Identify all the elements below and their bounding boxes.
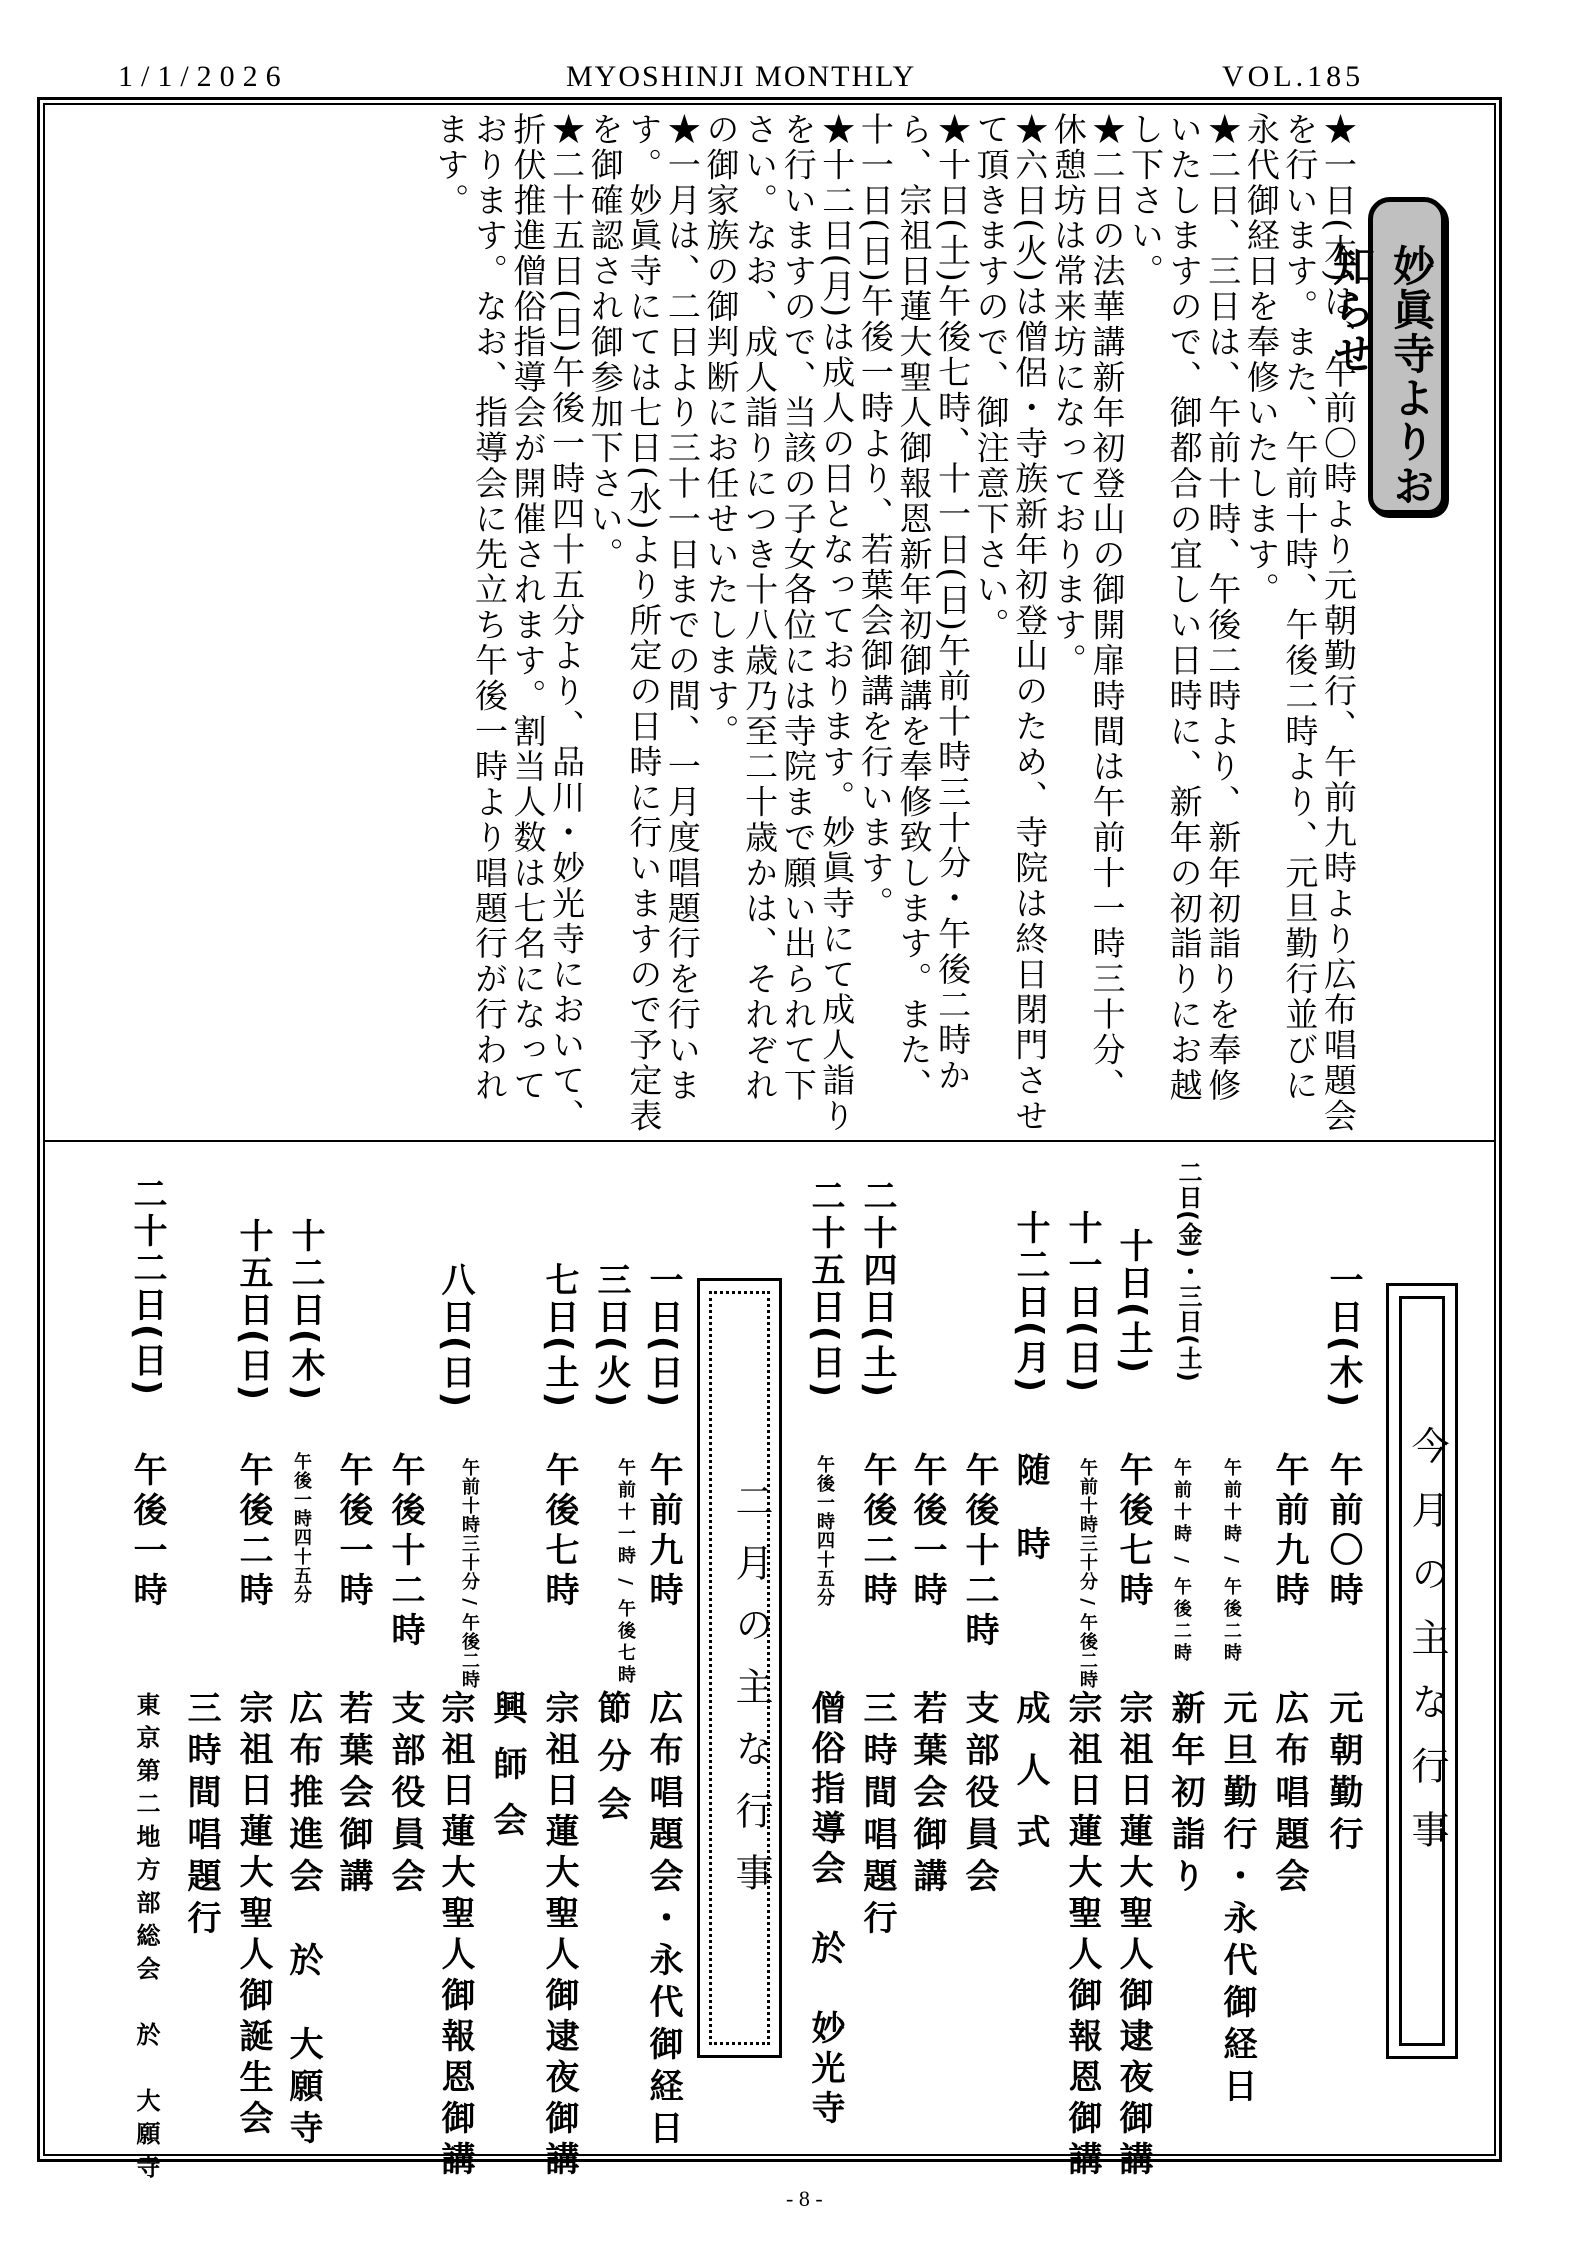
feb-event: 東京第二地方部総会 於 大願寺 <box>134 1692 158 2187</box>
january-schedule-title: 今月の主な行事 <box>1389 1426 1455 1874</box>
jan-time: 午後七時 <box>1116 1452 1150 1612</box>
notice-paragraph: ★二十五日(日)午後一時四十五分より、品川・妙光寺において、折伏推進僧俗指導会が… <box>431 112 585 1137</box>
feb-time-small: 午後一時四十五分 <box>292 1452 310 1604</box>
feb-event: 興師会 <box>490 1690 524 1858</box>
jan-event: 支部役員会 <box>962 1690 996 1900</box>
jan-event: 宗祖日蓮大聖人御逮夜御講 <box>1116 1690 1150 2182</box>
jan-event: 若葉会御講 <box>910 1690 944 1900</box>
feb-time: 午後七時 <box>542 1452 576 1612</box>
feb-time-small: 午前十一時 / 午後七時 <box>590 1458 634 1687</box>
jan-event: 成人式 <box>1013 1690 1047 1876</box>
page-number: - 8 - <box>786 2186 823 2212</box>
jan-time: 午後二時 <box>860 1452 894 1612</box>
jan-time-small: 午前十時三十分 / 午後二時 <box>1052 1458 1096 1689</box>
volume-number: VOL.185 <box>1222 60 1364 94</box>
jan-time: 随時 <box>1013 1452 1047 1600</box>
jan-date: 十一日(日) <box>1065 1210 1099 1395</box>
january-schedule-title-box: 今月の主な行事 <box>1386 1283 1458 2059</box>
jan-event: 新年初詣り <box>1168 1690 1202 1900</box>
notice-paragraph: ★一月は、二日より三十一日までの間、一月度唱題行を行います。妙眞寺にては七日(水… <box>585 112 701 1137</box>
feb-time: 午後二時 <box>236 1452 270 1612</box>
feb-time: 午後一時 <box>336 1452 370 1612</box>
jan-date: 十日(土) <box>1116 1228 1150 1376</box>
jan-date: 十二日(月) <box>1013 1210 1047 1395</box>
feb-event: 節分会 <box>594 1690 628 1834</box>
notice-paragraph: ★十日(土)午後七時、十一日(日)午前十時三十分・午後二時から、宗祖日蓮大聖人御… <box>855 112 971 1137</box>
issue-date: 1/1/2026 <box>118 60 289 94</box>
jan-time: 午前九時 <box>1272 1452 1306 1612</box>
jan-event: 僧俗指導会 於 妙光寺 <box>808 1690 842 2130</box>
february-schedule-title-box: 二月の主な行事 <box>697 1278 782 2058</box>
feb-event: 広布推進会 於 大願寺 <box>286 1690 320 2152</box>
jan-event: 宗祖日蓮大聖人御報恩御講 <box>1065 1690 1099 2182</box>
jan-event: 元朝勤行 <box>1326 1690 1360 1858</box>
jan-date: 一日(木) <box>1326 1262 1360 1410</box>
jan-event: 元旦勤行・永代御経日 <box>1220 1690 1254 2110</box>
notices-body: ★一日(木)は、午前〇時より元朝勤行、午前九時より広布唱題会を行います。また、午… <box>147 112 1357 1137</box>
feb-time: 午後十二時 <box>388 1452 422 1652</box>
jan-time: 午前〇時 <box>1326 1452 1360 1612</box>
section-divider <box>43 1140 1496 1142</box>
jan-date: 二日(金)・三日(土) <box>1176 1160 1200 1383</box>
feb-event: 宗祖日蓮大聖人御誕生会 <box>236 1690 270 2141</box>
jan-event: 三時間唱題行 <box>860 1690 894 1942</box>
jan-time: 午後一時 <box>910 1452 944 1612</box>
feb-time-small: 午前十時三十分 / 午後二時 <box>434 1458 478 1689</box>
notice-paragraph: ★一日(木)は、午前〇時より元朝勤行、午前九時より広布唱題会を行います。また、午… <box>1241 112 1357 1137</box>
feb-date: 十五日(日) <box>236 1218 270 1403</box>
notice-paragraph: ★二日の法華講新年初登山の御開扉時間は午前十一時三十分、休憩坊は常来坊になってお… <box>1048 112 1125 1137</box>
feb-date: 八日(日) <box>438 1262 472 1410</box>
jan-date: 二十四日(土) <box>860 1178 894 1400</box>
newsletter-title: MYOSHINJI MONTHLY <box>566 60 916 94</box>
feb-date: 七日(土) <box>542 1262 576 1410</box>
notices-title: 妙眞寺よりお知らせ <box>1373 244 1441 510</box>
feb-time: 午前九時 <box>646 1452 680 1612</box>
feb-event: 若葉会御講 <box>336 1690 370 1900</box>
feb-date: 一日(日) <box>646 1262 680 1410</box>
feb-event: 支部役員会 <box>388 1690 422 1900</box>
feb-date: 二十二日(日) <box>130 1176 164 1398</box>
february-schedule-title: 二月の主な行事 <box>700 1481 779 1915</box>
notices-title-box: 妙眞寺よりお知らせ <box>1368 197 1446 515</box>
feb-event: 広布唱題会・永代御経日 <box>646 1690 680 2152</box>
feb-time: 午後一時 <box>130 1452 164 1612</box>
notice-paragraph: ★六日(火)は僧侶・寺族新年初登山のため、寺院は終日閉門させて頂きますので、御注… <box>971 112 1048 1137</box>
jan-time-small: 午前十時 / 午後二時 <box>1150 1458 1190 1665</box>
jan-time-small: 午後一時四十五分 <box>815 1455 833 1607</box>
feb-date: 三日(火) <box>594 1262 628 1410</box>
feb-event: 宗祖日蓮大聖人御逮夜御講 <box>542 1690 576 2182</box>
feb-event: 宗祖日蓮大聖人御報恩御講 <box>438 1690 472 2182</box>
feb-date: 十二日(木) <box>288 1218 322 1403</box>
feb-event: 三時間唱題行 <box>184 1690 218 1942</box>
jan-date: 二十五日(日) <box>808 1178 842 1400</box>
jan-event: 広布唱題会 <box>1272 1690 1306 1900</box>
jan-time-small: 午前十時 / 午後二時 <box>1200 1458 1240 1665</box>
notice-paragraph: ★二日、三日は、午前十時、午後二時より、新年初詣りを奉修いたしますので、御都合の… <box>1125 112 1241 1137</box>
notice-paragraph: ★十二日(月)は成人の日となっております。妙眞寺にて成人詣りを行いますので、当該… <box>701 112 855 1137</box>
jan-time: 午後十二時 <box>962 1452 996 1652</box>
